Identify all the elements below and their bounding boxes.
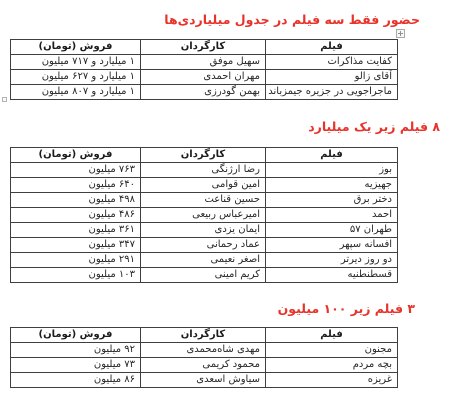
film-cell: بوز: [266, 163, 398, 178]
film-cell: مجنون: [266, 343, 398, 358]
director-cell: اصغر نعیمی: [141, 253, 266, 268]
director-cell: امیرعباس ربیعی: [141, 208, 266, 223]
table-row: طهران ۵۷ ایمان یزدی ۳۶۱ میلیون: [11, 223, 398, 238]
sales-cell: ۳۶۱ میلیون: [11, 223, 141, 238]
table-row: غریزه سیاوش اسعدی ۸۶ میلیون: [11, 373, 398, 388]
sales-cell: ۹۲ میلیون: [11, 343, 141, 358]
film-cell: کفایت مذاکرات: [266, 55, 398, 70]
sales-cell: ۳۴۷ میلیون: [11, 238, 141, 253]
table-row: آقای زالو مهران احمدی ۱ میلیارد و ۶۲۷ می…: [11, 70, 398, 85]
film-cell: جهیزیه: [266, 178, 398, 193]
sales-cell: ۸۶ میلیون: [11, 373, 141, 388]
column-header-film: فیلم: [266, 328, 398, 343]
table-row: بوز رضا ارژنگی ۷۶۳ میلیون: [11, 163, 398, 178]
section-heading-billionaires: حضور فقط سه فیلم در جدول میلیاردی‌ها: [164, 12, 420, 28]
sales-cell: ۱ میلیارد و ۷۱۷ میلیون: [11, 55, 141, 70]
sales-cell: ۷۶۳ میلیون: [11, 163, 141, 178]
film-cell: بچه مردم: [266, 358, 398, 373]
director-cell: رضا ارژنگی: [141, 163, 266, 178]
column-header-director: کارگردان: [141, 40, 266, 55]
column-header-director: کارگردان: [141, 148, 266, 163]
director-cell: امین قوامی: [141, 178, 266, 193]
director-cell: مهران احمدی: [141, 70, 266, 85]
section-heading-under-one-billion: ۸ فیلم زیر یک میلیارد: [308, 119, 440, 135]
director-cell: عماد رحمانی: [141, 238, 266, 253]
sales-cell: ۱ میلیارد و ۶۲۷ میلیون: [11, 70, 141, 85]
under-one-billion-table: فیلم کارگردان فروش (تومان) بوز رضا ارژنگ…: [10, 147, 398, 283]
word-document-page: حضور فقط سه فیلم در جدول میلیاردی‌ها فیل…: [0, 0, 450, 402]
column-header-sales: فروش (تومان): [11, 148, 141, 163]
sales-cell: ۴۹۸ میلیون: [11, 193, 141, 208]
film-cell: طهران ۵۷: [266, 223, 398, 238]
table-header-row: فیلم کارگردان فروش (تومان): [11, 148, 398, 163]
sales-cell: ۱ میلیارد و ۸۰۷ میلیون: [11, 85, 141, 100]
table-row: احمد امیرعباس ربیعی ۴۸۶ میلیون: [11, 208, 398, 223]
sales-cell: ۴۸۶ میلیون: [11, 208, 141, 223]
director-cell: حسین قناعت: [141, 193, 266, 208]
director-cell: سیاوش اسعدی: [141, 373, 266, 388]
column-header-film: فیلم: [266, 40, 398, 55]
column-header-film: فیلم: [266, 148, 398, 163]
table-move-handle-icon[interactable]: [396, 29, 405, 38]
director-cell: مهدی شاه‌محمدی: [141, 343, 266, 358]
director-cell: ایمان یزدی: [141, 223, 266, 238]
column-header-sales: فروش (تومان): [11, 328, 141, 343]
director-cell: بهمن گودرزی: [141, 85, 266, 100]
director-cell: سهیل موفق: [141, 55, 266, 70]
table-resize-handle[interactable]: [2, 97, 7, 102]
table-row: دختر برق حسین قناعت ۴۹۸ میلیون: [11, 193, 398, 208]
column-header-director: کارگردان: [141, 328, 266, 343]
table-row: بچه مردم محمود کریمی ۷۳ میلیون: [11, 358, 398, 373]
film-cell: قسطنطنیه: [266, 268, 398, 283]
film-cell: دختر برق: [266, 193, 398, 208]
sales-cell: ۷۳ میلیون: [11, 358, 141, 373]
film-cell: افسانه سپهر: [266, 238, 398, 253]
film-cell: احمد: [266, 208, 398, 223]
table-row: قسطنطنیه کریم امینی ۱۰۳ میلیون: [11, 268, 398, 283]
film-cell: دو روز دیرتر: [266, 253, 398, 268]
sales-cell: ۲۹۱ میلیون: [11, 253, 141, 268]
table-row: ماجراجویی در جزیره جیمزباند بهمن گودرزی …: [11, 85, 398, 100]
column-header-sales: فروش (تومان): [11, 40, 141, 55]
table-row: کفایت مذاکرات سهیل موفق ۱ میلیارد و ۷۱۷ …: [11, 55, 398, 70]
film-cell: آقای زالو: [266, 70, 398, 85]
sales-cell: ۱۰۳ میلیون: [11, 268, 141, 283]
table-row: دو روز دیرتر اصغر نعیمی ۲۹۱ میلیون: [11, 253, 398, 268]
table-header-row: فیلم کارگردان فروش (تومان): [11, 328, 398, 343]
table-row: جهیزیه امین قوامی ۶۴۰ میلیون: [11, 178, 398, 193]
director-cell: کریم امینی: [141, 268, 266, 283]
film-cell: ماجراجویی در جزیره جیمزباند: [266, 85, 398, 100]
billionaires-table: فیلم کارگردان فروش (تومان) کفایت مذاکرات…: [10, 39, 398, 100]
under-100-million-table: فیلم کارگردان فروش (تومان) مجنون مهدی شا…: [10, 327, 398, 388]
director-cell: محمود کریمی: [141, 358, 266, 373]
film-cell: غریزه: [266, 373, 398, 388]
table-row: مجنون مهدی شاه‌محمدی ۹۲ میلیون: [11, 343, 398, 358]
table-row: افسانه سپهر عماد رحمانی ۳۴۷ میلیون: [11, 238, 398, 253]
table-header-row: فیلم کارگردان فروش (تومان): [11, 40, 398, 55]
section-heading-under-100-million: ۳ فیلم زیر ۱۰۰ میلیون: [278, 301, 415, 317]
sales-cell: ۶۴۰ میلیون: [11, 178, 141, 193]
